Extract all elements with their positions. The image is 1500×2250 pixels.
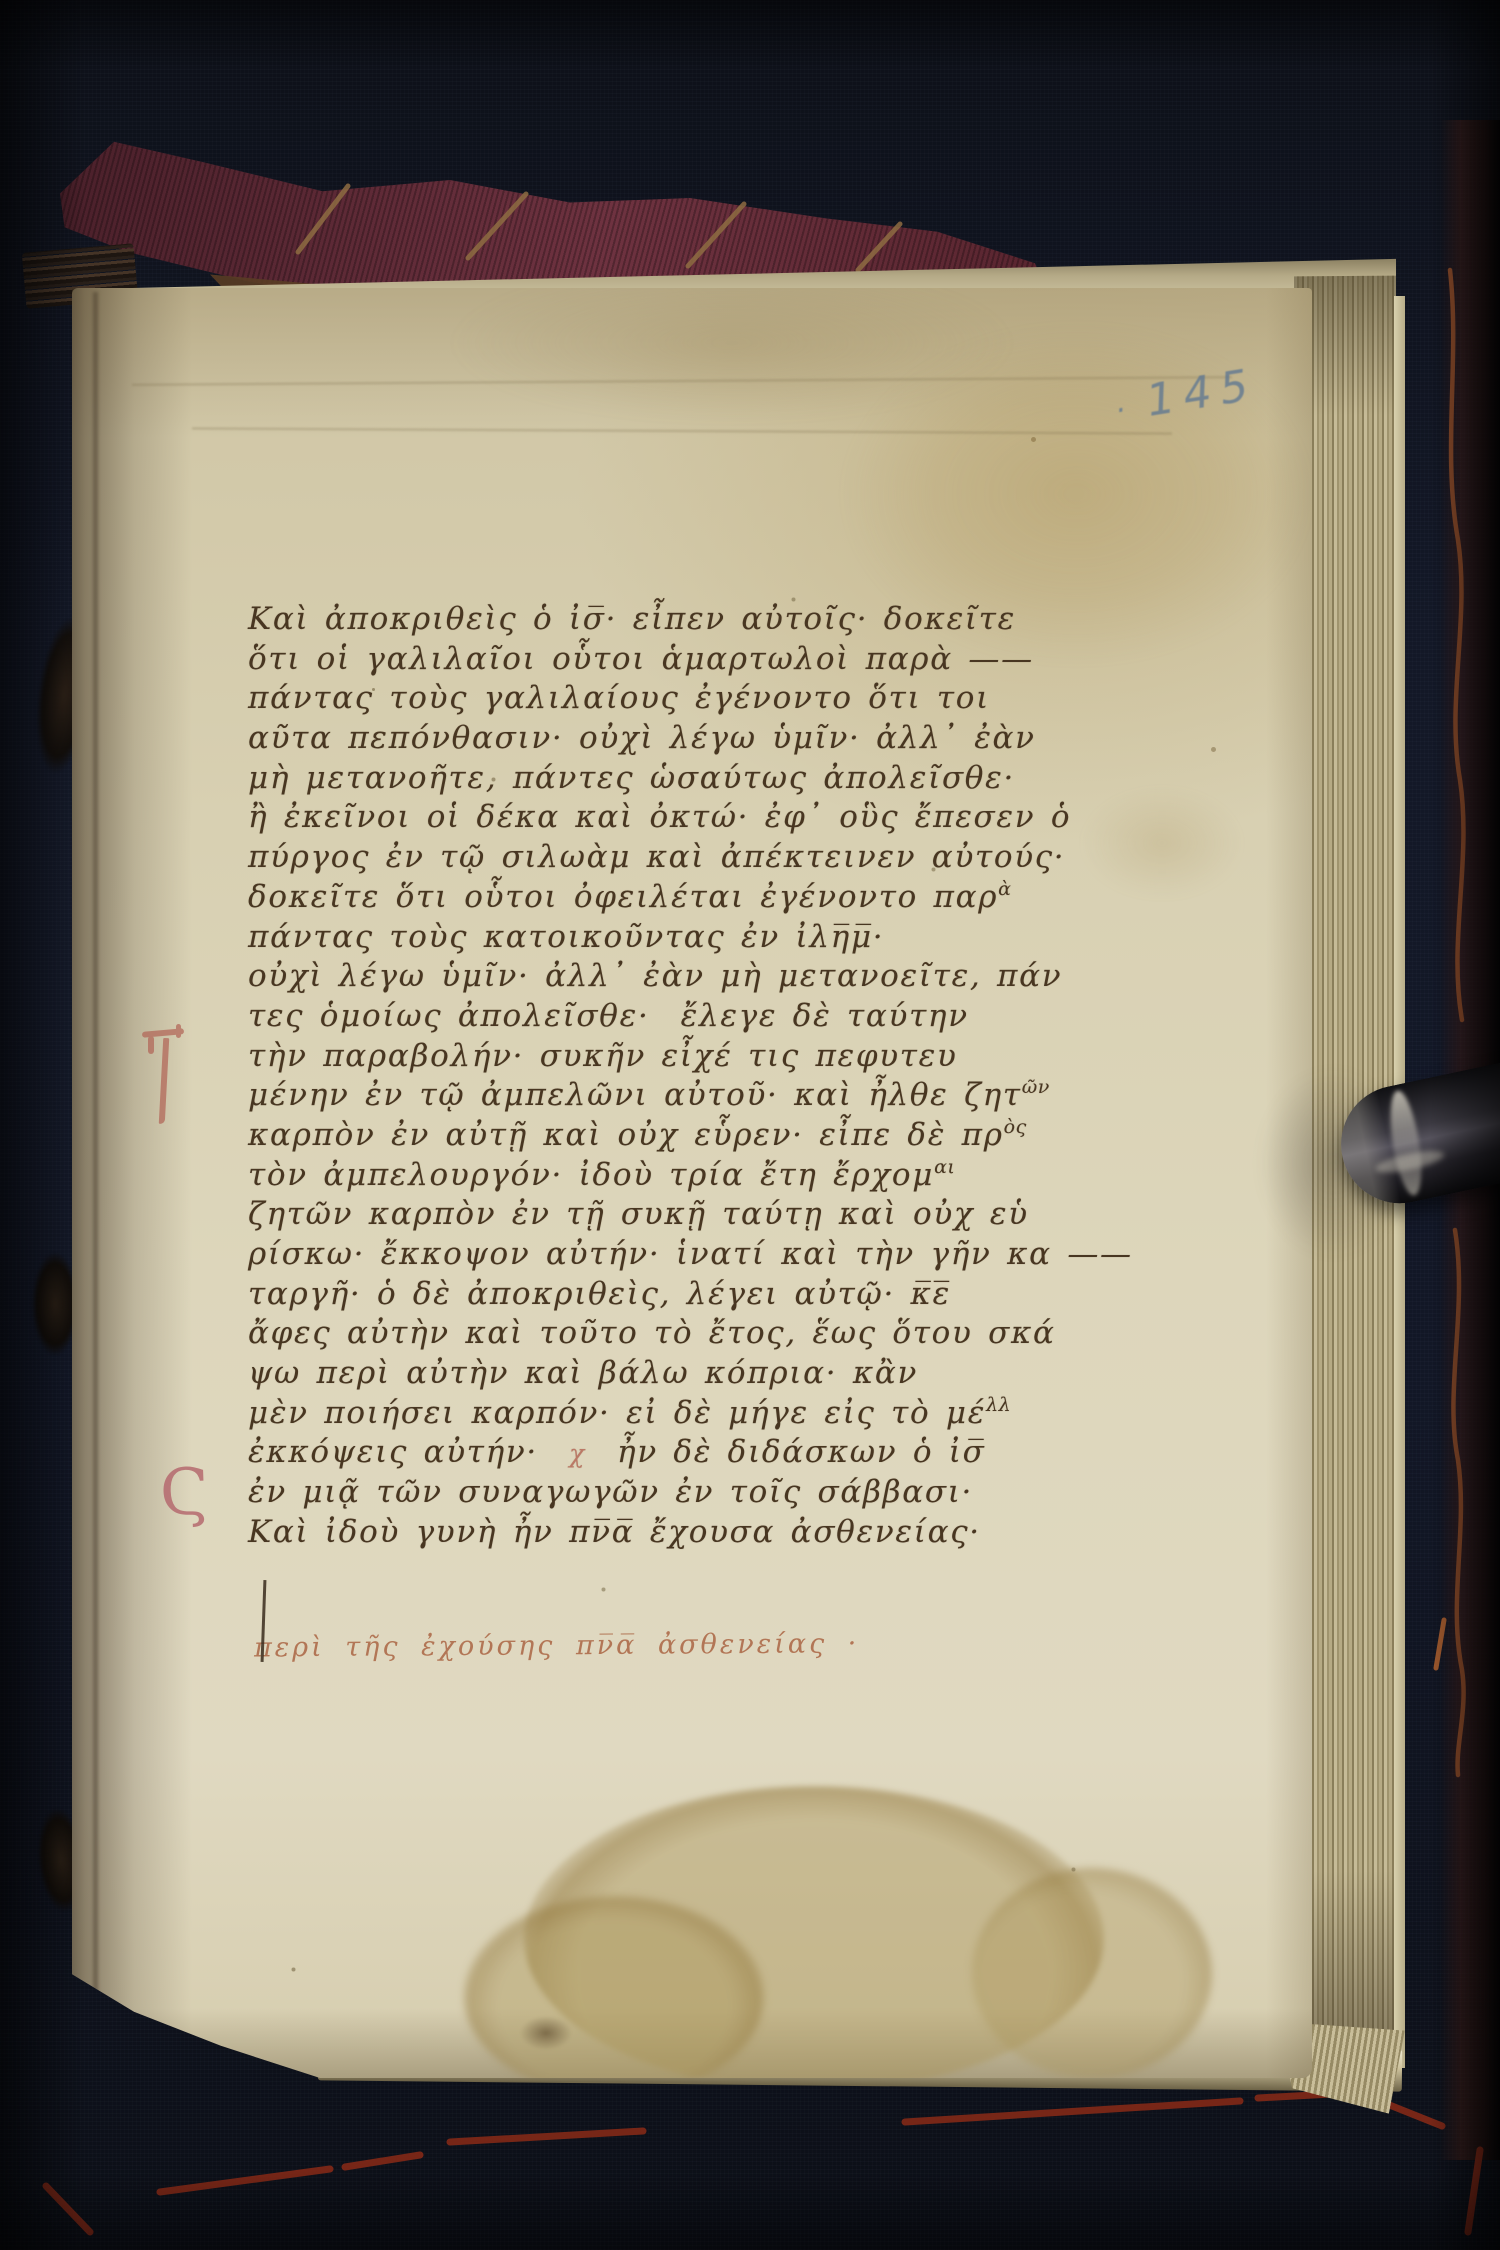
text-line: ψω περὶ αὐτὴν καὶ βάλω κόπρια· κἂν	[248, 1354, 1038, 1394]
line-pre: ρίσκω· ἔκκοψον αὐτήν· ἱνατί καὶ τὴν γῆν …	[248, 1236, 1133, 1272]
line-pre: ὅτι οἱ γαλιλαῖοι οὗτοι ἁμαρτωλοὶ παρὰ ——	[248, 641, 1034, 677]
text-line: πάντας τοὺς γαλιλαίους ἐγένοντο ὅτι τοι	[248, 679, 1038, 719]
text-line: ἄφες αὐτὴν καὶ τοῦτο τὸ ἔτος, ἕως ὅτου σ…	[248, 1314, 1038, 1354]
line-sup: αι	[934, 1156, 955, 1178]
line-pre: τες ὁμοίως ἀπολεῖσθε· ἔλεγε δὲ ταύτην	[248, 998, 969, 1034]
line-pre: πάντας τοὺς κατοικοῦντας ἐν ἰλη̅μ̅·	[248, 919, 884, 955]
text-line: καρπὸν ἐν αὐτῇ καὶ οὐχ εὗρεν· εἶπε δὲ πρ…	[248, 1116, 1038, 1156]
line-pre: ταργῆ· ὁ δὲ ἀποκριθεὶς, λέγει αὐτῷ· κ̅ε̅	[248, 1276, 951, 1312]
text-line: ὅτι οἱ γαλιλαῖοι οὗτοι ἁμαρτωλοὶ παρὰ ——	[248, 640, 1038, 680]
line-sup: ῶν	[1022, 1076, 1050, 1098]
rust-thread-icon	[1436, 270, 1464, 1775]
line-pre: τὴν παραβολήν· συκῆν εἶχέ τις πεφυτευ	[248, 1038, 958, 1074]
text-block: Καὶ ἀποκριθεὶς ὁ ἰσ̅· εἶπεν αὐτοῖς· δοκε…	[248, 600, 1038, 1553]
text-line: τες ὁμοίως ἀπολεῖσθε· ἔλεγε δὲ ταύτην	[248, 997, 1038, 1037]
line-sup: λλ	[986, 1394, 1011, 1416]
red-marginal-initial: Ϛ	[159, 1455, 211, 1531]
line-post: ἦν δὲ διδάσκων ὁ ἰσ̅	[586, 1434, 986, 1470]
text-line: δοκεῖτε ὅτι οὗτοι ὀφειλέται ἐγένοντο παρ…	[248, 878, 1038, 918]
red-stitch-icon	[46, 2093, 1480, 2232]
line-sup: ὸς	[1004, 1116, 1027, 1138]
inline-red-mark: χ	[569, 1439, 586, 1468]
tan-thread-icon	[298, 186, 900, 270]
line-pre: ἐν μιᾷ τῶν συναγωγῶν ἐν τοῖς σάββασι·	[248, 1474, 973, 1510]
parchment-stain	[1082, 788, 1242, 898]
line-pre: ἐκκόψεις αὐτήν·	[248, 1434, 569, 1470]
line-pre: αῦτα πεπόνθασιν· οὐχὶ λέγω ὑμῖν· ἀλλ᾽ ἐὰ…	[248, 720, 1036, 756]
clasp-highlight	[1385, 1089, 1427, 1198]
text-line: τὸν ἀμπελουργόν· ἰδοὺ τρία ἔτη ἔρχομαι	[248, 1156, 1038, 1196]
sign-tick	[176, 1024, 181, 1038]
text-line: μὴ μετανοῆτε, πάντες ὡσαύτως ἀπολεῖσθε·	[248, 759, 1038, 799]
line-pre: ψω περὶ αὐτὴν καὶ βάλω κόπρια· κἂν	[248, 1355, 918, 1391]
text-line: Καὶ ἀποκριθεὶς ὁ ἰσ̅· εἶπεν αὐτοῖς· δοκε…	[248, 600, 1038, 640]
line-pre: ἄφες αὐτὴν καὶ τοῦτο τὸ ἔτος, ἕως ὅτου σ…	[248, 1315, 1056, 1351]
line-pre: Καὶ ἀποκριθεὶς ὁ ἰσ̅· εἶπεν αὐτοῖς· δοκε…	[248, 601, 1016, 637]
text-line: αῦτα πεπόνθασιν· οὐχὶ λέγω ὑμῖν· ἀλλ᾽ ἐὰ…	[248, 719, 1038, 759]
gutter-shadow	[72, 288, 192, 2078]
line-pre: ζητῶν καρπὸν ἐν τῇ συκῇ ταύτῃ καὶ οὐχ εὑ	[248, 1196, 1029, 1232]
text-line: ἐκκόψεις αὐτήν· χ ἦν δὲ διδάσκων ὁ ἰσ̅	[248, 1433, 1038, 1473]
sign-tick	[148, 1036, 154, 1054]
line-pre: πάντας τοὺς γαλιλαίους ἐγένοντο ὅτι τοι	[248, 680, 990, 716]
line-pre: μὲν ποιήσει καρπόν· εἰ δὲ μήγε εἰς τὸ μέ	[248, 1395, 986, 1431]
line-pre: ἢ ἐκεῖνοι οἱ δέκα καὶ ὀκτώ· ἐφ᾽ οὓς ἔπεσ…	[248, 799, 1071, 835]
line-pre: καρπὸν ἐν αὐτῇ καὶ οὐχ εὗρεν· εἶπε δὲ πρ	[248, 1117, 1004, 1153]
text-line: Καὶ ἰδοὺ γυνὴ ἦν πν̅α̅ ἔχουσα ἀσθενείας·	[248, 1513, 1038, 1553]
manuscript-page: 145 Καὶ ἀποκριθεὶς ὁ ἰσ̅· εἶπεν αὐτοῖς· …	[72, 288, 1312, 2078]
sewing-knot	[32, 1252, 78, 1356]
parchment-stain	[452, 268, 1012, 418]
text-line: πύργος ἐν τῷ σιλωὰμ καὶ ἀπέκτεινεν αὐτού…	[248, 838, 1038, 878]
line-pre: τὸν ἀμπελουργόν· ἰδοὺ τρία ἔτη ἔρχομ	[248, 1157, 934, 1193]
water-stain	[972, 1868, 1212, 2078]
text-line: πάντας τοὺς κατοικοῦντας ἐν ἰλη̅μ̅·	[248, 918, 1038, 958]
line-pre: μένην ἐν τῷ ἀμπελῶνι αὐτοῦ· καὶ ἦλθε ζητ	[248, 1077, 1022, 1113]
text-line: μένην ἐν τῷ ἀμπελῶνι αὐτοῦ· καὶ ἦλθε ζητ…	[248, 1076, 1038, 1116]
text-line: ἐν μιᾷ τῶν συναγωγῶν ἐν τοῖς σάββασι·	[248, 1473, 1038, 1513]
text-line: ταργῆ· ὁ δὲ ἀποκριθεὶς, λέγει αὐτῷ· κ̅ε̅	[248, 1275, 1038, 1315]
text-line: τὴν παραβολήν· συκῆν εἶχέ τις πεφυτευ	[248, 1037, 1038, 1077]
text-line: ἢ ἐκεῖνοι οἱ δέκα καὶ ὀκτώ· ἐφ᾽ οὓς ἔπεσ…	[248, 798, 1038, 838]
line-pre: Καὶ ἰδοὺ γυνὴ ἦν πν̅α̅ ἔχουσα ἀσθενείας·	[248, 1514, 981, 1550]
text-line: ζητῶν καρπὸν ἐν τῇ συκῇ ταύτῃ καὶ οὐχ εὑ	[248, 1195, 1038, 1235]
text-line: οὐχὶ λέγω ὑμῖν· ἀλλ᾽ ἐὰν μὴ μετανοεῖτε, …	[248, 957, 1038, 997]
photo-of-manuscript: { "page": { "folio_number": "145", "scri…	[0, 0, 1500, 2250]
line-pre: δοκεῖτε ὅτι οὗτοι ὀφειλέται ἐγένοντο παρ	[248, 879, 998, 915]
text-line: ρίσκω· ἔκκοψον αὐτήν· ἱνατί καὶ τὴν γῆν …	[248, 1235, 1038, 1275]
line-pre: πύργος ἐν τῷ σιλωὰμ καὶ ἀπέκτεινεν αὐτού…	[248, 839, 1065, 875]
line-pre: μὴ μετανοῆτε, πάντες ὡσαύτως ἀπολεῖσθε·	[248, 760, 1015, 796]
rubric-line: περὶ τῆς ἐχούσης πν̅α̅ ἀσθενείας ·	[254, 1628, 954, 1664]
water-stain	[464, 1896, 764, 2096]
kephalaion-sign-icon	[142, 1024, 188, 1136]
dark-spot-stain	[520, 2016, 572, 2050]
line-pre: οὐχὶ λέγω ὑμῖν· ἀλλ᾽ ἐὰν μὴ μετανοεῖτε, …	[248, 958, 1062, 994]
gutter-crease	[93, 292, 98, 2064]
line-sup: ὰ	[998, 878, 1011, 900]
text-line: μὲν ποιήσει καρπόν· εἰ δὲ μήγε εἰς τὸ μέ…	[248, 1394, 1038, 1434]
sign-stem	[159, 1038, 169, 1124]
